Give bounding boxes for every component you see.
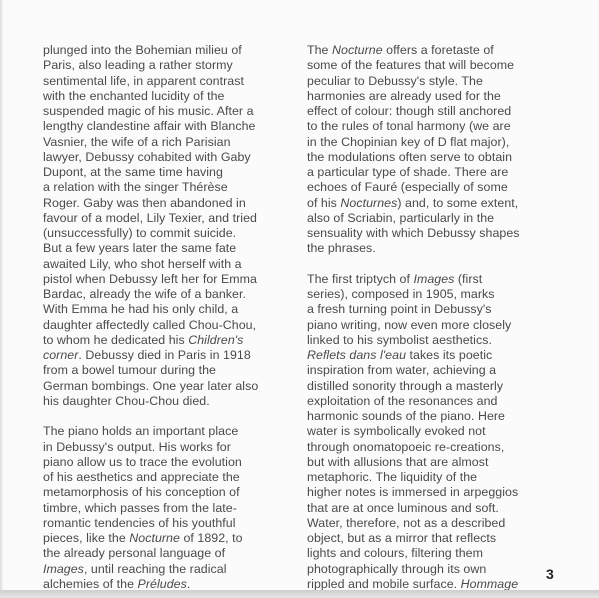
text-line: Bardac, already the wife of a banker. — [43, 287, 305, 302]
text-line: daughter affectedly called Chou-Chou, — [43, 318, 305, 333]
paragraph-gap — [43, 409, 305, 424]
text-line: Water, therefore, not as a described — [307, 516, 569, 531]
text-line: lights and colours, filtering them — [307, 546, 569, 561]
text-line: effect of colour: though still anchored — [307, 104, 569, 119]
text-line: Paris, also leading a rather stormy — [43, 58, 305, 73]
text-line: With Emma he had his only child, a — [43, 302, 305, 317]
italic-title: Reflets dans l'eau — [307, 348, 406, 362]
text-line: piano allow us to trace the evolution — [43, 455, 305, 470]
text-line: linked to his symbolist aesthetics. — [307, 333, 569, 348]
italic-title: Images — [413, 272, 454, 286]
text-line: Reflets dans l'eau takes its poetic — [307, 348, 569, 363]
text-line: higher notes is immersed in arpeggios — [307, 485, 569, 500]
text-line: But a few years later the same fate — [43, 241, 305, 256]
right-column: The Nocturne offers a foretaste ofsome o… — [307, 43, 569, 592]
text-line: through onomatopoeic re-creations, — [307, 440, 569, 455]
text-line: to the rules of tonal harmony (we are — [307, 119, 569, 134]
text-line: Images, until reaching the radical — [43, 562, 305, 577]
text-line: echoes of Fauré (especially of some — [307, 180, 569, 195]
text-line: exploitation of the resonances and — [307, 394, 569, 409]
text-line: pieces, like the Nocturne of 1892, to — [43, 531, 305, 546]
italic-title: Préludes — [138, 577, 187, 591]
text-line: The Nocturne offers a foretaste of — [307, 43, 569, 58]
text-line: piano writing, now even more closely — [307, 318, 569, 333]
left-column: plunged into the Bohemian milieu ofParis… — [43, 43, 305, 592]
text-line: inspiration from water, achieving a — [307, 363, 569, 378]
italic-title: Images — [43, 562, 84, 576]
paragraph-gap — [307, 257, 569, 272]
text-line: metamorphosis of his conception of — [43, 485, 305, 500]
text-line: that are at once luminous and soft. — [307, 501, 569, 516]
text-line: to whom he dedicated his Children's — [43, 333, 305, 348]
booklet-page: plunged into the Bohemian milieu ofParis… — [0, 0, 599, 591]
italic-title: Nocturnes — [340, 196, 397, 210]
text-line: distilled sonority through a masterly — [307, 379, 569, 394]
text-line: The piano holds an important place — [43, 424, 305, 439]
paragraph: The first triptych of Images (firstserie… — [307, 272, 569, 592]
page-bottom-edge — [0, 590, 599, 598]
text-line: a fresh turning point in Debussy's — [307, 302, 569, 317]
text-line: sentimental life, in apparent contrast — [43, 74, 305, 89]
text-line: peculiar to Debussy's style. The — [307, 74, 569, 89]
text-line: the phrases. — [307, 241, 569, 256]
text-line: photographically through its own — [307, 562, 569, 577]
paragraph: The piano holds an important placein Deb… — [43, 424, 305, 592]
text-line: Vasnier, the wife of a rich Parisian — [43, 135, 305, 150]
text-line: water is symbolically evoked not — [307, 424, 569, 439]
text-line: Dupont, at the same time having — [43, 165, 305, 180]
text-line: Roger. Gaby was then abandoned in — [43, 196, 305, 211]
text-line: of his Nocturnes) and, to some extent, — [307, 196, 569, 211]
text-line: awaited Lily, who shot herself with a — [43, 257, 305, 272]
text-line: with the enchanted lucidity of the — [43, 89, 305, 104]
text-line: (unsuccessfully) to commit suicide. — [43, 226, 305, 241]
text-line: harmonies are already used for the — [307, 89, 569, 104]
text-line: plunged into the Bohemian milieu of — [43, 43, 305, 58]
text-line: the already personal language of — [43, 546, 305, 561]
text-line: but with allusions that are almost — [307, 455, 569, 470]
italic-title: Nocturne — [332, 43, 383, 57]
text-line: favour of a model, Lily Texier, and trie… — [43, 211, 305, 226]
italic-title: Hommage — [461, 577, 519, 591]
page-edge-shadow — [0, 0, 3, 591]
text-line: timbre, which passes from the late- — [43, 501, 305, 516]
text-line: a relation with the singer Thérèse — [43, 180, 305, 195]
text-line: his daughter Chou-Chou died. — [43, 394, 305, 409]
paragraph: plunged into the Bohemian milieu ofParis… — [43, 43, 305, 409]
text-line: also of Scriabin, particularly in the — [307, 211, 569, 226]
italic-title: Nocturne — [129, 531, 180, 545]
text-line: in Debussy's output. His works for — [43, 440, 305, 455]
text-line: of his aesthetics and appreciate the — [43, 470, 305, 485]
italic-title: Children's — [188, 333, 243, 347]
text-line: series), composed in 1905, marks — [307, 287, 569, 302]
text-line: romantic tendencies of his youthful — [43, 516, 305, 531]
text-line: object, but as a mirror that reflects — [307, 531, 569, 546]
text-line: metaphoric. The liquidity of the — [307, 470, 569, 485]
italic-title: corner — [43, 348, 78, 362]
text-line: suspended magic of his music. After a — [43, 104, 305, 119]
text-line: in the Chopinian key of D flat major), — [307, 135, 569, 150]
text-line: lengthy clandestine affair with Blanche — [43, 119, 305, 134]
text-line: corner. Debussy died in Paris in 1918 — [43, 348, 305, 363]
text-line: pistol when Debussy left her for Emma — [43, 272, 305, 287]
text-line: a particular type of shade. There are — [307, 165, 569, 180]
text-line: The first triptych of Images (first — [307, 272, 569, 287]
text-line: sensuality with which Debussy shapes — [307, 226, 569, 241]
text-line: lawyer, Debussy cohabited with Gaby — [43, 150, 305, 165]
text-line: harmonic sounds of the piano. Here — [307, 409, 569, 424]
paragraph: The Nocturne offers a foretaste ofsome o… — [307, 43, 569, 257]
page-number: 3 — [546, 566, 554, 582]
text-line: German bombings. One year later also — [43, 379, 305, 394]
text-line: from a bowel tumour during the — [43, 363, 305, 378]
text-line: some of the features that will become — [307, 58, 569, 73]
text-line: the modulations often serve to obtain — [307, 150, 569, 165]
